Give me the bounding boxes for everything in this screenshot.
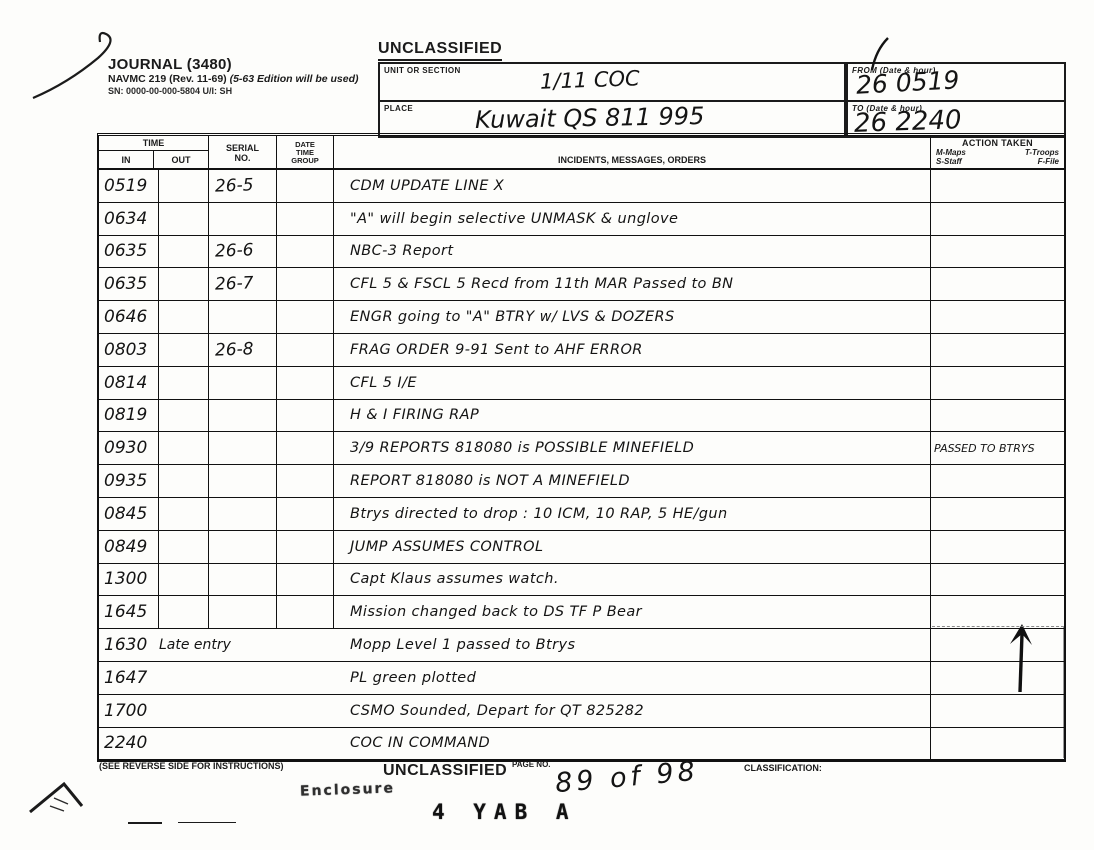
time-in-value: 0634 [104,209,147,229]
place-value: Kuwait QS 811 995 [475,102,705,134]
time-in-value: 0849 [104,537,147,557]
time-in-value: 0635 [104,241,147,261]
time-in-value: 0646 [104,307,147,327]
journal-entry-row: 1645 Mission changed back to DS TF P Bea… [99,596,1064,629]
time-in-value: 0635 [104,274,147,294]
col-header-dtg: DATE TIME GROUP [277,136,334,169]
incident-text: H & I FIRING RAP [350,407,479,423]
table-body: 0519 26-5 CDM UPDATE LINE X 0634 "A" wil… [99,170,1064,760]
serial-number-value: 26-6 [209,241,254,263]
enclosure-stamp: Enclosure [300,780,395,799]
form-id-block: JOURNAL (3480) NAVMC 219 (Rev. 11-69) (5… [108,56,378,96]
journal-entry-row: 1630 Late entry Mopp Level 1 passed to B… [99,629,1064,662]
place-label: PLACE [384,104,413,113]
incident-text: FRAG ORDER 9-91 Sent to AHF ERROR [350,342,643,358]
incident-text: JUMP ASSUMES CONTROL [350,539,543,555]
col-header-incidents: INCIDENTS, MESSAGES, ORDERS [334,136,931,169]
journal-entry-row: 0845 Btrys directed to drop : 10 ICM, 10… [99,498,1064,531]
incident-text: PL green plotted [350,670,476,686]
journal-entry-row: 0635 26-6 NBC-3 Report [99,236,1064,269]
form-title: JOURNAL (3480) [108,56,378,73]
journal-entry-row: 2240 COC IN COMMAND [99,728,1064,761]
serial-number-value: 26-8 [209,339,254,361]
incident-text: CSMO Sounded, Depart for QT 825282 [350,703,644,719]
journal-entry-row: 0849 JUMP ASSUMES CONTROL [99,531,1064,564]
reverse-side-note: (SEE REVERSE SIDE FOR INSTRUCTIONS) [99,761,284,771]
incident-text: Mopp Level 1 passed to Btrys [350,637,575,653]
time-in-value: 1647 [104,668,147,688]
unit-or-section-field: UNIT OR SECTION 1/11 COC [380,64,844,100]
time-in-value: 1645 [104,602,147,622]
page-number-label: PAGE NO. [512,760,551,769]
col-header-action: ACTION TAKEN M-Maps T-Troops S-Staff F-F… [931,136,1064,169]
time-in-value: 0935 [104,471,147,491]
incident-text: CFL 5 I/E [350,375,417,391]
time-in-value: 0845 [104,504,147,524]
time-in-value: 1630 [104,635,147,655]
table-header-row: TIME IN OUT SERIAL NO. DATE TIME GROUP I… [99,136,1064,170]
incident-text: NBC-3 Report [350,243,454,259]
journal-entry-row: 0803 26-8 FRAG ORDER 9-91 Sent to AHF ER… [99,334,1064,367]
col-header-time-out: OUT [154,151,208,169]
col-header-serial: SERIAL NO. [209,136,277,169]
incident-text: Mission changed back to DS TF P Bear [350,604,642,620]
time-in-value: 0930 [104,438,147,458]
unit-or-section-label: UNIT OR SECTION [384,66,461,75]
journal-entry-row: 1700 CSMO Sounded, Depart for QT 825282 [99,695,1064,728]
classification-banner-bottom: UNCLASSIFIED [383,762,507,780]
classification-label: CLASSIFICATION: [744,763,822,773]
action-taken-text: PASSED TO BTRYS [934,443,1035,454]
from-to-box: FROM (Date & hour) 26 0519 TO (Date & ho… [846,62,1066,138]
time-in-value: 1300 [104,569,147,589]
unit-or-section-value: 1/11 COC [540,66,640,93]
incident-text: ENGR going to "A" BTRY w/ LVS & DOZERS [350,309,675,325]
corner-triangle-artifact [24,778,94,823]
unit-place-box: UNIT OR SECTION 1/11 COC PLACE Kuwait QS… [378,62,846,138]
time-in-value: 1700 [104,701,147,721]
journal-entry-row: 0819 H & I FIRING RAP [99,400,1064,433]
incident-text: 3/9 REPORTS 818080 is POSSIBLE MINEFIELD [350,440,694,456]
incident-text: Btrys directed to drop : 10 ICM, 10 RAP,… [350,506,728,522]
time-in-value: 0803 [104,340,147,360]
incident-text: Capt Klaus assumes watch. [350,571,559,587]
journal-table: TIME IN OUT SERIAL NO. DATE TIME GROUP I… [97,133,1066,762]
serial-number-value: 26-5 [209,175,254,197]
journal-entry-row: 0930 3/9 REPORTS 818080 is POSSIBLE MINE… [99,432,1064,465]
journal-entry-row: 1647 PL green plotted [99,662,1064,695]
time-in-value: 2240 [104,733,147,753]
place-field: PLACE Kuwait QS 811 995 [380,100,844,136]
col-header-time: TIME IN OUT [99,136,209,169]
col-header-time-in: IN [99,151,154,169]
journal-entry-row: 0635 26-7 CFL 5 & FSCL 5 Recd from 11th … [99,268,1064,301]
journal-entry-row: 1300 Capt Klaus assumes watch. [99,564,1064,597]
journal-entry-row: 0935 REPORT 818080 is NOT A MINEFIELD [99,465,1064,498]
form-subtitle: NAVMC 219 (Rev. 11-69) (5-63 Edition wil… [108,73,378,85]
incident-text: COC IN COMMAND [350,735,490,751]
incident-text: CDM UPDATE LINE X [350,178,504,194]
footer-dash-artifact [128,822,162,824]
classification-banner-top: UNCLASSIFIED [378,40,502,61]
pen-flourish-artifact [858,36,898,72]
incident-text: "A" will begin selective UNMASK & unglov… [350,211,678,227]
time-in-value: 0819 [104,405,147,425]
time-in-value: 0814 [104,373,147,393]
to-field: TO (Date & hour) 26 2240 [848,100,1064,136]
serial-number-value: 26-7 [209,274,254,296]
journal-entry-row: 0814 CFL 5 I/E [99,367,1064,400]
form-stock-number: SN: 0000-00-000-5804 U/I: SH [108,86,378,96]
journal-entry-row: 0519 26-5 CDM UPDATE LINE X [99,170,1064,203]
incident-text: REPORT 818080 is NOT A MINEFIELD [350,473,630,489]
footer-dash-artifact [178,822,236,823]
time-in-value: 0519 [104,176,147,196]
incident-text: CFL 5 & FSCL 5 Recd from 11th MAR Passed… [350,276,733,292]
journal-entry-row: 0646 ENGR going to "A" BTRY w/ LVS & DOZ… [99,301,1064,334]
journal-entry-row: 0634 "A" will begin selective UNMASK & u… [99,203,1064,236]
enclosure-number-stamp: 4 YAB A [432,800,577,824]
